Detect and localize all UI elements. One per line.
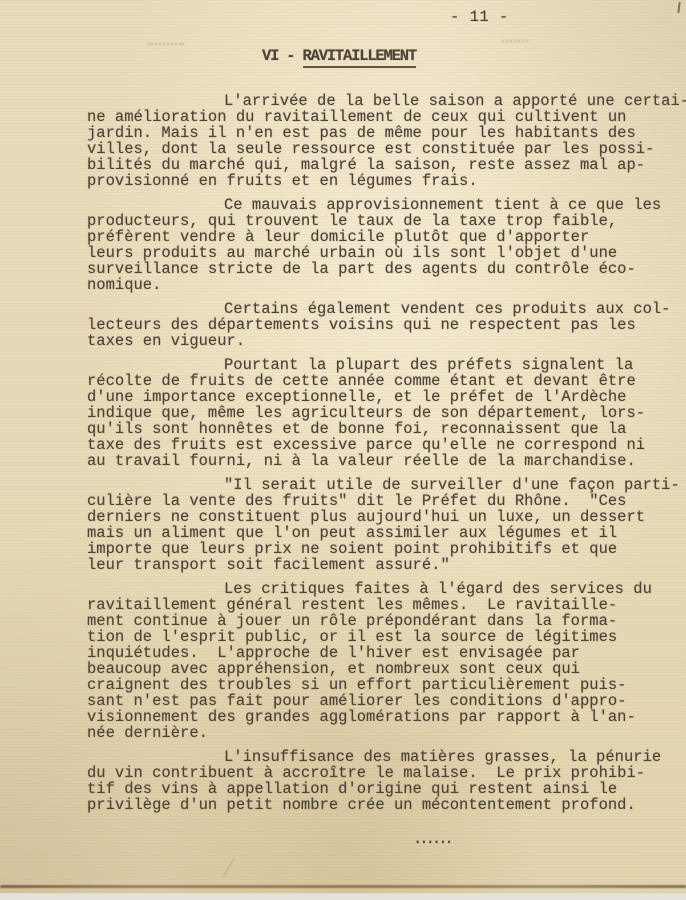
paragraph-1: L'arrivée de la belle saison a apporté u…	[87, 93, 662, 189]
page-number: - 11 -	[450, 8, 509, 26]
section-title: VI - RAVITAILLEMENT	[262, 47, 416, 65]
corner-ink-mark	[677, 2, 680, 13]
paragraph-5: "Il serait utile de surveiller d'une faç…	[87, 477, 662, 573]
paper-sheet: - 11 - VI - RAVITAILLEMENT L'arrivée de …	[0, 0, 686, 893]
scanned-document: - 11 - VI - RAVITAILLEMENT L'arrivée de …	[0, 0, 686, 900]
document-body: L'arrivée de la belle saison a apporté u…	[87, 93, 662, 855]
paragraph-7: L'insuffisance des matières grasses, la …	[87, 749, 662, 813]
paragraph-4: Pourtant la plupart des préfets signalen…	[87, 357, 662, 469]
end-of-section-dots: ......	[87, 831, 662, 847]
paragraph-2: Ce mauvais approvisionnement tient à ce …	[87, 197, 662, 293]
paper-bottom-edge	[0, 885, 686, 888]
section-title-prefix: VI -	[262, 47, 303, 65]
paragraph-6: Les critiques faites à l'égard des servi…	[87, 581, 662, 741]
section-title-name: RAVITAILLEMENT	[303, 47, 416, 68]
pencil-smudge-left	[148, 43, 184, 50]
scan-scratch-mark	[223, 859, 234, 876]
pencil-smudge-right	[502, 40, 528, 47]
paragraph-3: Certains également vendent ces produits …	[87, 301, 662, 349]
scanner-background	[0, 894, 686, 900]
